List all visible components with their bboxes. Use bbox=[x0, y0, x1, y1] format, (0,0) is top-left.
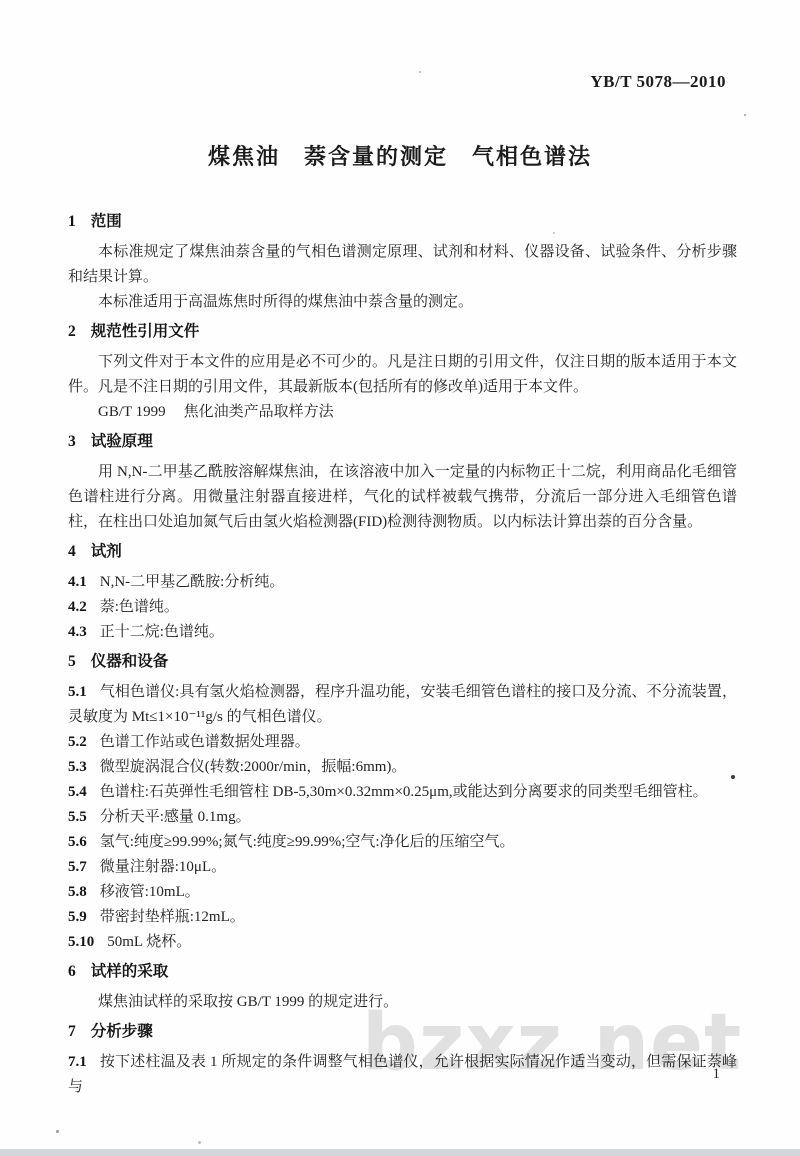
clause-5-3: 5.3微型旋涡混合仪(转数:2000r/min，振幅:6mm)。 bbox=[68, 755, 737, 780]
clause-7-1: 7.1按下述柱温及表 1 所规定的条件调整气相色谱仪，允许根据实际情况作适当变动… bbox=[68, 1050, 737, 1100]
clause-number: 7.1 bbox=[68, 1054, 87, 1070]
clause-number: 4.1 bbox=[68, 574, 87, 590]
clause-text: 移液管:10mL。 bbox=[100, 884, 200, 900]
scan-speck bbox=[56, 1130, 59, 1133]
clause-5-5: 5.5分析天平:感量 0.1mg。 bbox=[68, 805, 737, 830]
clause-number: 5.5 bbox=[68, 809, 87, 825]
scan-speck bbox=[553, 232, 555, 234]
section-number: 1 bbox=[68, 213, 76, 230]
clause-text: 50mL 烧杯。 bbox=[107, 934, 191, 950]
section-number: 5 bbox=[68, 653, 76, 670]
section-title: 试样的采取 bbox=[91, 963, 169, 980]
document-page: YB/T 5078—2010 煤焦油 萘含量的测定 气相色谱法 bzxz.net… bbox=[0, 0, 800, 1156]
page-title: 煤焦油 萘含量的测定 气相色谱法 bbox=[0, 140, 800, 171]
clause-5-4: 5.4色谱柱:石英弹性毛细管柱 DB-5,30m×0.32mm×0.25μm,或… bbox=[68, 780, 737, 805]
clause-text: N,N-二甲基乙酰胺:分析纯。 bbox=[100, 574, 285, 590]
normative-reference: GB/T 1999焦化油类产品取样方法 bbox=[68, 400, 737, 425]
clause-text: 微量注射器:10μL。 bbox=[100, 859, 226, 875]
scan-speck bbox=[744, 114, 746, 116]
clause-number: 5.4 bbox=[68, 784, 87, 800]
section-number: 3 bbox=[68, 433, 76, 450]
clause-5-2: 5.2色谱工作站或色谱数据处理器。 bbox=[68, 730, 737, 755]
clause-text: 正十二烷:色谱纯。 bbox=[100, 624, 224, 640]
clause-text: 色谱工作站或色谱数据处理器。 bbox=[100, 734, 310, 750]
clause-number: 5.8 bbox=[68, 884, 87, 900]
clause-number: 5.10 bbox=[68, 934, 94, 950]
clause-text: 微型旋涡混合仪(转数:2000r/min，振幅:6mm)。 bbox=[100, 759, 407, 775]
paragraph: 用 N,N-二甲基乙酰胺溶解煤焦油，在该溶液中加入一定量的内标物正十二烷，利用商… bbox=[68, 460, 737, 535]
section-heading-principle: 3试验原理 bbox=[68, 429, 737, 454]
section-heading-sampling: 6试样的采取 bbox=[68, 959, 737, 984]
clause-5-9: 5.9带密封垫样瓶:12mL。 bbox=[68, 905, 737, 930]
clause-text: 带密封垫样瓶:12mL。 bbox=[100, 909, 245, 925]
scan-speck bbox=[731, 775, 735, 779]
page-number: 1 bbox=[713, 1066, 721, 1083]
clause-5-7: 5.7微量注射器:10μL。 bbox=[68, 855, 737, 880]
clause-number: 4.3 bbox=[68, 624, 87, 640]
clause-text: 气相色谱仪:具有氢火焰检测器，程序升温功能，安装毛细管色谱柱的接口及分流、不分流… bbox=[68, 684, 737, 725]
clause-text: 色谱柱:石英弹性毛细管柱 DB-5,30m×0.32mm×0.25μm,或能达到… bbox=[100, 784, 708, 800]
section-heading-apparatus: 5仪器和设备 bbox=[68, 649, 737, 674]
section-title: 规范性引用文件 bbox=[91, 323, 200, 340]
section-title: 仪器和设备 bbox=[91, 653, 169, 670]
scan-speck bbox=[419, 71, 421, 73]
clause-5-1: 5.1气相色谱仪:具有氢火焰检测器，程序升温功能，安装毛细管色谱柱的接口及分流、… bbox=[68, 680, 737, 730]
scan-speck bbox=[198, 1141, 201, 1144]
section-number: 6 bbox=[68, 963, 76, 980]
document-body: 1范围 本标准规定了煤焦油萘含量的气相色谱测定原理、试剂和材料、仪器设备、试验条… bbox=[68, 205, 737, 1100]
reference-title: 焦化油类产品取样方法 bbox=[184, 404, 334, 420]
section-title: 范围 bbox=[91, 213, 122, 230]
clause-4-2: 4.2萘:色谱纯。 bbox=[68, 595, 737, 620]
clause-text: 氢气:纯度≥99.99%;氮气:纯度≥99.99%;空气:净化后的压缩空气。 bbox=[100, 834, 515, 850]
clause-5-10: 5.1050mL 烧杯。 bbox=[68, 930, 737, 955]
clause-4-1: 4.1N,N-二甲基乙酰胺:分析纯。 bbox=[68, 570, 737, 595]
section-heading-scope: 1范围 bbox=[68, 209, 737, 234]
paragraph: 下列文件对于本文件的应用是必不可少的。凡是注日期的引用文件，仅注日期的版本适用于… bbox=[68, 350, 737, 400]
section-title: 分析步骤 bbox=[91, 1023, 153, 1040]
clause-4-3: 4.3正十二烷:色谱纯。 bbox=[68, 620, 737, 645]
section-number: 2 bbox=[68, 323, 76, 340]
clause-number: 5.9 bbox=[68, 909, 87, 925]
section-heading-reagents: 4试剂 bbox=[68, 539, 737, 564]
paragraph: 本标准规定了煤焦油萘含量的气相色谱测定原理、试剂和材料、仪器设备、试验条件、分析… bbox=[68, 240, 737, 290]
section-heading-references: 2规范性引用文件 bbox=[68, 319, 737, 344]
clause-number: 5.3 bbox=[68, 759, 87, 775]
paragraph: 煤焦油试样的采取按 GB/T 1999 的规定进行。 bbox=[68, 990, 737, 1015]
scan-edge-strip bbox=[0, 1149, 800, 1156]
clause-5-6: 5.6氢气:纯度≥99.99%;氮气:纯度≥99.99%;空气:净化后的压缩空气… bbox=[68, 830, 737, 855]
clause-number: 4.2 bbox=[68, 599, 87, 615]
standard-code: YB/T 5078—2010 bbox=[590, 72, 726, 92]
clause-text: 分析天平:感量 0.1mg。 bbox=[100, 809, 251, 825]
clause-number: 5.2 bbox=[68, 734, 87, 750]
section-number: 4 bbox=[68, 543, 76, 560]
section-number: 7 bbox=[68, 1023, 76, 1040]
section-heading-procedure: 7分析步骤 bbox=[68, 1019, 737, 1044]
clause-number: 5.7 bbox=[68, 859, 87, 875]
clause-text: 按下述柱温及表 1 所规定的条件调整气相色谱仪，允许根据实际情况作适当变动，但需… bbox=[68, 1054, 737, 1095]
clause-number: 5.6 bbox=[68, 834, 87, 850]
clause-number: 5.1 bbox=[68, 684, 87, 700]
paragraph: 本标准适用于高温炼焦时所得的煤焦油中萘含量的测定。 bbox=[68, 290, 737, 315]
section-title: 试剂 bbox=[91, 543, 122, 560]
clause-text: 萘:色谱纯。 bbox=[100, 599, 179, 615]
section-title: 试验原理 bbox=[91, 433, 153, 450]
reference-code: GB/T 1999 bbox=[98, 404, 166, 420]
clause-5-8: 5.8移液管:10mL。 bbox=[68, 880, 737, 905]
